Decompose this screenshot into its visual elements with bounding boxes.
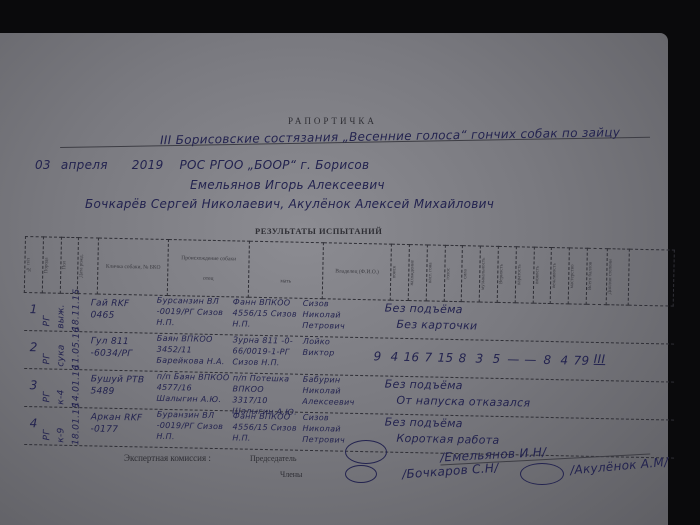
header-sub2: музыкальность [481, 258, 487, 290]
row-dob: 18.11.15 [71, 293, 82, 331]
row-score: 4 [386, 350, 402, 364]
document-title: РАПОРТИЧКА [288, 116, 377, 126]
header-loyalty: Верность [499, 264, 504, 284]
header-no: № п/п [26, 258, 31, 271]
row-dam: Фанн ВПКОО 4556/15 Сизов Н.П. [232, 410, 301, 444]
header-dob: Дата рожд. [79, 254, 84, 277]
row-score: 79 [573, 353, 589, 367]
header-start: наст. гона [428, 263, 433, 284]
row-owner: Лойко Виктор [302, 336, 364, 359]
date-day: 03 [35, 158, 51, 172]
event-field: III Борисовские состязания „Весенние гол… [60, 123, 650, 148]
header-sub1: сила [464, 269, 469, 279]
member2-name: /Акулёнок А.М/ [570, 455, 669, 478]
chairman-field: Емельянов Игорь Алексеевич [90, 176, 385, 190]
date-year: 2019 [132, 158, 164, 172]
date-place-field: 03 апреля 2019 РОС РГОО „БООР“ г. Борисо… [35, 156, 369, 170]
row-note-2: Короткая работа [396, 432, 499, 447]
header-voice: голос [446, 267, 451, 279]
row-sire: Баян ВПКОО 3452/11 Барейкова Н.А. [156, 333, 231, 368]
header-owner: Владелец (Ф.И.О.) [323, 243, 392, 300]
row-sire: Бурсанзин ВЛ -0019/РГ Сизов Н.П. [156, 295, 231, 330]
row-score: 16 [403, 350, 419, 364]
row-number: 2 [26, 340, 40, 354]
row-score: 9 [369, 349, 385, 363]
row-number: 1 [26, 302, 40, 316]
row-sex: к-4 [56, 371, 67, 405]
row-dob: 14.01.16 [71, 369, 82, 407]
row-score: 5 [488, 352, 504, 366]
header-origin: Происхождение собаки [170, 255, 248, 263]
members-field: Бочкарёв Сергей Николаевич, Акулёнок Але… [35, 195, 494, 209]
row-dog-name: Гай RKF 0465 [90, 297, 154, 322]
member1-name: /Бочкаров С.Н/ [402, 461, 499, 482]
row-note-2: От напуска отказался [396, 394, 530, 410]
row-score: 8 [539, 353, 555, 367]
row-score: — [522, 352, 538, 366]
row-score: 8 [454, 351, 470, 365]
row-dob: 18.01.15 [71, 407, 82, 445]
chair-signature [345, 440, 387, 464]
row-breed: РГ [42, 410, 53, 440]
header-find: нахождение [410, 260, 416, 285]
row-dam: Фанн ВПКОО 4556/15 Сизов Н.П. [232, 296, 301, 330]
header-viscosity: вязкость [535, 266, 540, 284]
row-score: 3 [471, 351, 487, 365]
row-note-2: Без карточки [396, 318, 477, 333]
row-dog-name: Гул 811 -6034/РГ [90, 335, 154, 360]
row-number: 4 [26, 416, 40, 430]
row-score: 7 [420, 350, 436, 364]
members-label: Члены [280, 470, 302, 479]
row-sire: Буранзин ВЛ -0019/РГ Сизов Н.П. [156, 409, 231, 444]
header-sire: отец [169, 275, 247, 283]
document-sheet: РАПОРТИЧКА III Борисовские состязания „В… [0, 33, 668, 525]
row-note-1: Без подъёма [385, 302, 463, 317]
row-sex: сука [56, 333, 67, 367]
header-heading: вежливость [552, 263, 558, 288]
member2-signature [520, 463, 564, 485]
results-title: РЕЗУЛЬТАТЫ ИСПЫТАНИЙ [255, 226, 382, 236]
place-value: РОС РГОО „БООР“ г. Борисов [180, 158, 370, 172]
date-month: апреля [61, 158, 108, 172]
row-dam: Зурна 811 -0-66/0019-1-РГ Сизов Н.П. [232, 334, 301, 368]
header-name: Кличка собаки, № БКО [98, 238, 169, 295]
header-dam: мать [250, 277, 321, 284]
members-value: Бочкарёв Сергей Николаевич, Акулёнок Але… [85, 197, 494, 211]
event-value: III Борисовские состязания „Весенние гол… [160, 125, 620, 147]
header-pace: паратость [517, 264, 522, 285]
row-sex: выж. [56, 295, 67, 329]
row-owner: Сизов Николай Петрович [302, 298, 365, 332]
row-number: 3 [26, 378, 40, 392]
row-note-1: Без подъёма [385, 416, 463, 431]
header-work: мастерство [570, 264, 575, 288]
header-search: поиск [392, 266, 397, 279]
row-note-1: Без подъёма [385, 378, 463, 393]
header-diploma: Диплом степени [608, 259, 614, 294]
expert-commission-label: Экспертная комиссия : [124, 453, 211, 463]
header-total: Всего баллов [588, 262, 594, 290]
row-dob: 11.05.16 [71, 331, 82, 369]
row-breed: РГ [42, 372, 53, 402]
row-sire: п/п Баян ВПКОО 4577/16 Шалыгин А.Ю. [156, 371, 231, 406]
row-owner: Бабурин Николай Алексеевич [302, 374, 365, 408]
row-breed: РГ [42, 334, 53, 364]
row-dog-name: Бушуй РТВ 5489 [90, 373, 154, 398]
row-dog-name: Аркан RKF -0177 [90, 411, 154, 436]
row-score: 4 [556, 353, 572, 367]
row-score: 15 [437, 351, 453, 365]
row-breed: РГ [42, 296, 53, 326]
row-score: — [505, 352, 521, 366]
header-sex: Пол [62, 261, 67, 270]
row-sex: к-9 [56, 409, 67, 443]
member1-signature [345, 465, 377, 483]
row-diploma: III [590, 352, 608, 366]
chairman-value: Емельянов Игорь Алексеевич [190, 178, 385, 192]
header-sire-cell: Происхождение собаки отец [168, 240, 250, 298]
header-breed: Порода [44, 257, 49, 273]
chair-label: Председатель [250, 454, 297, 463]
